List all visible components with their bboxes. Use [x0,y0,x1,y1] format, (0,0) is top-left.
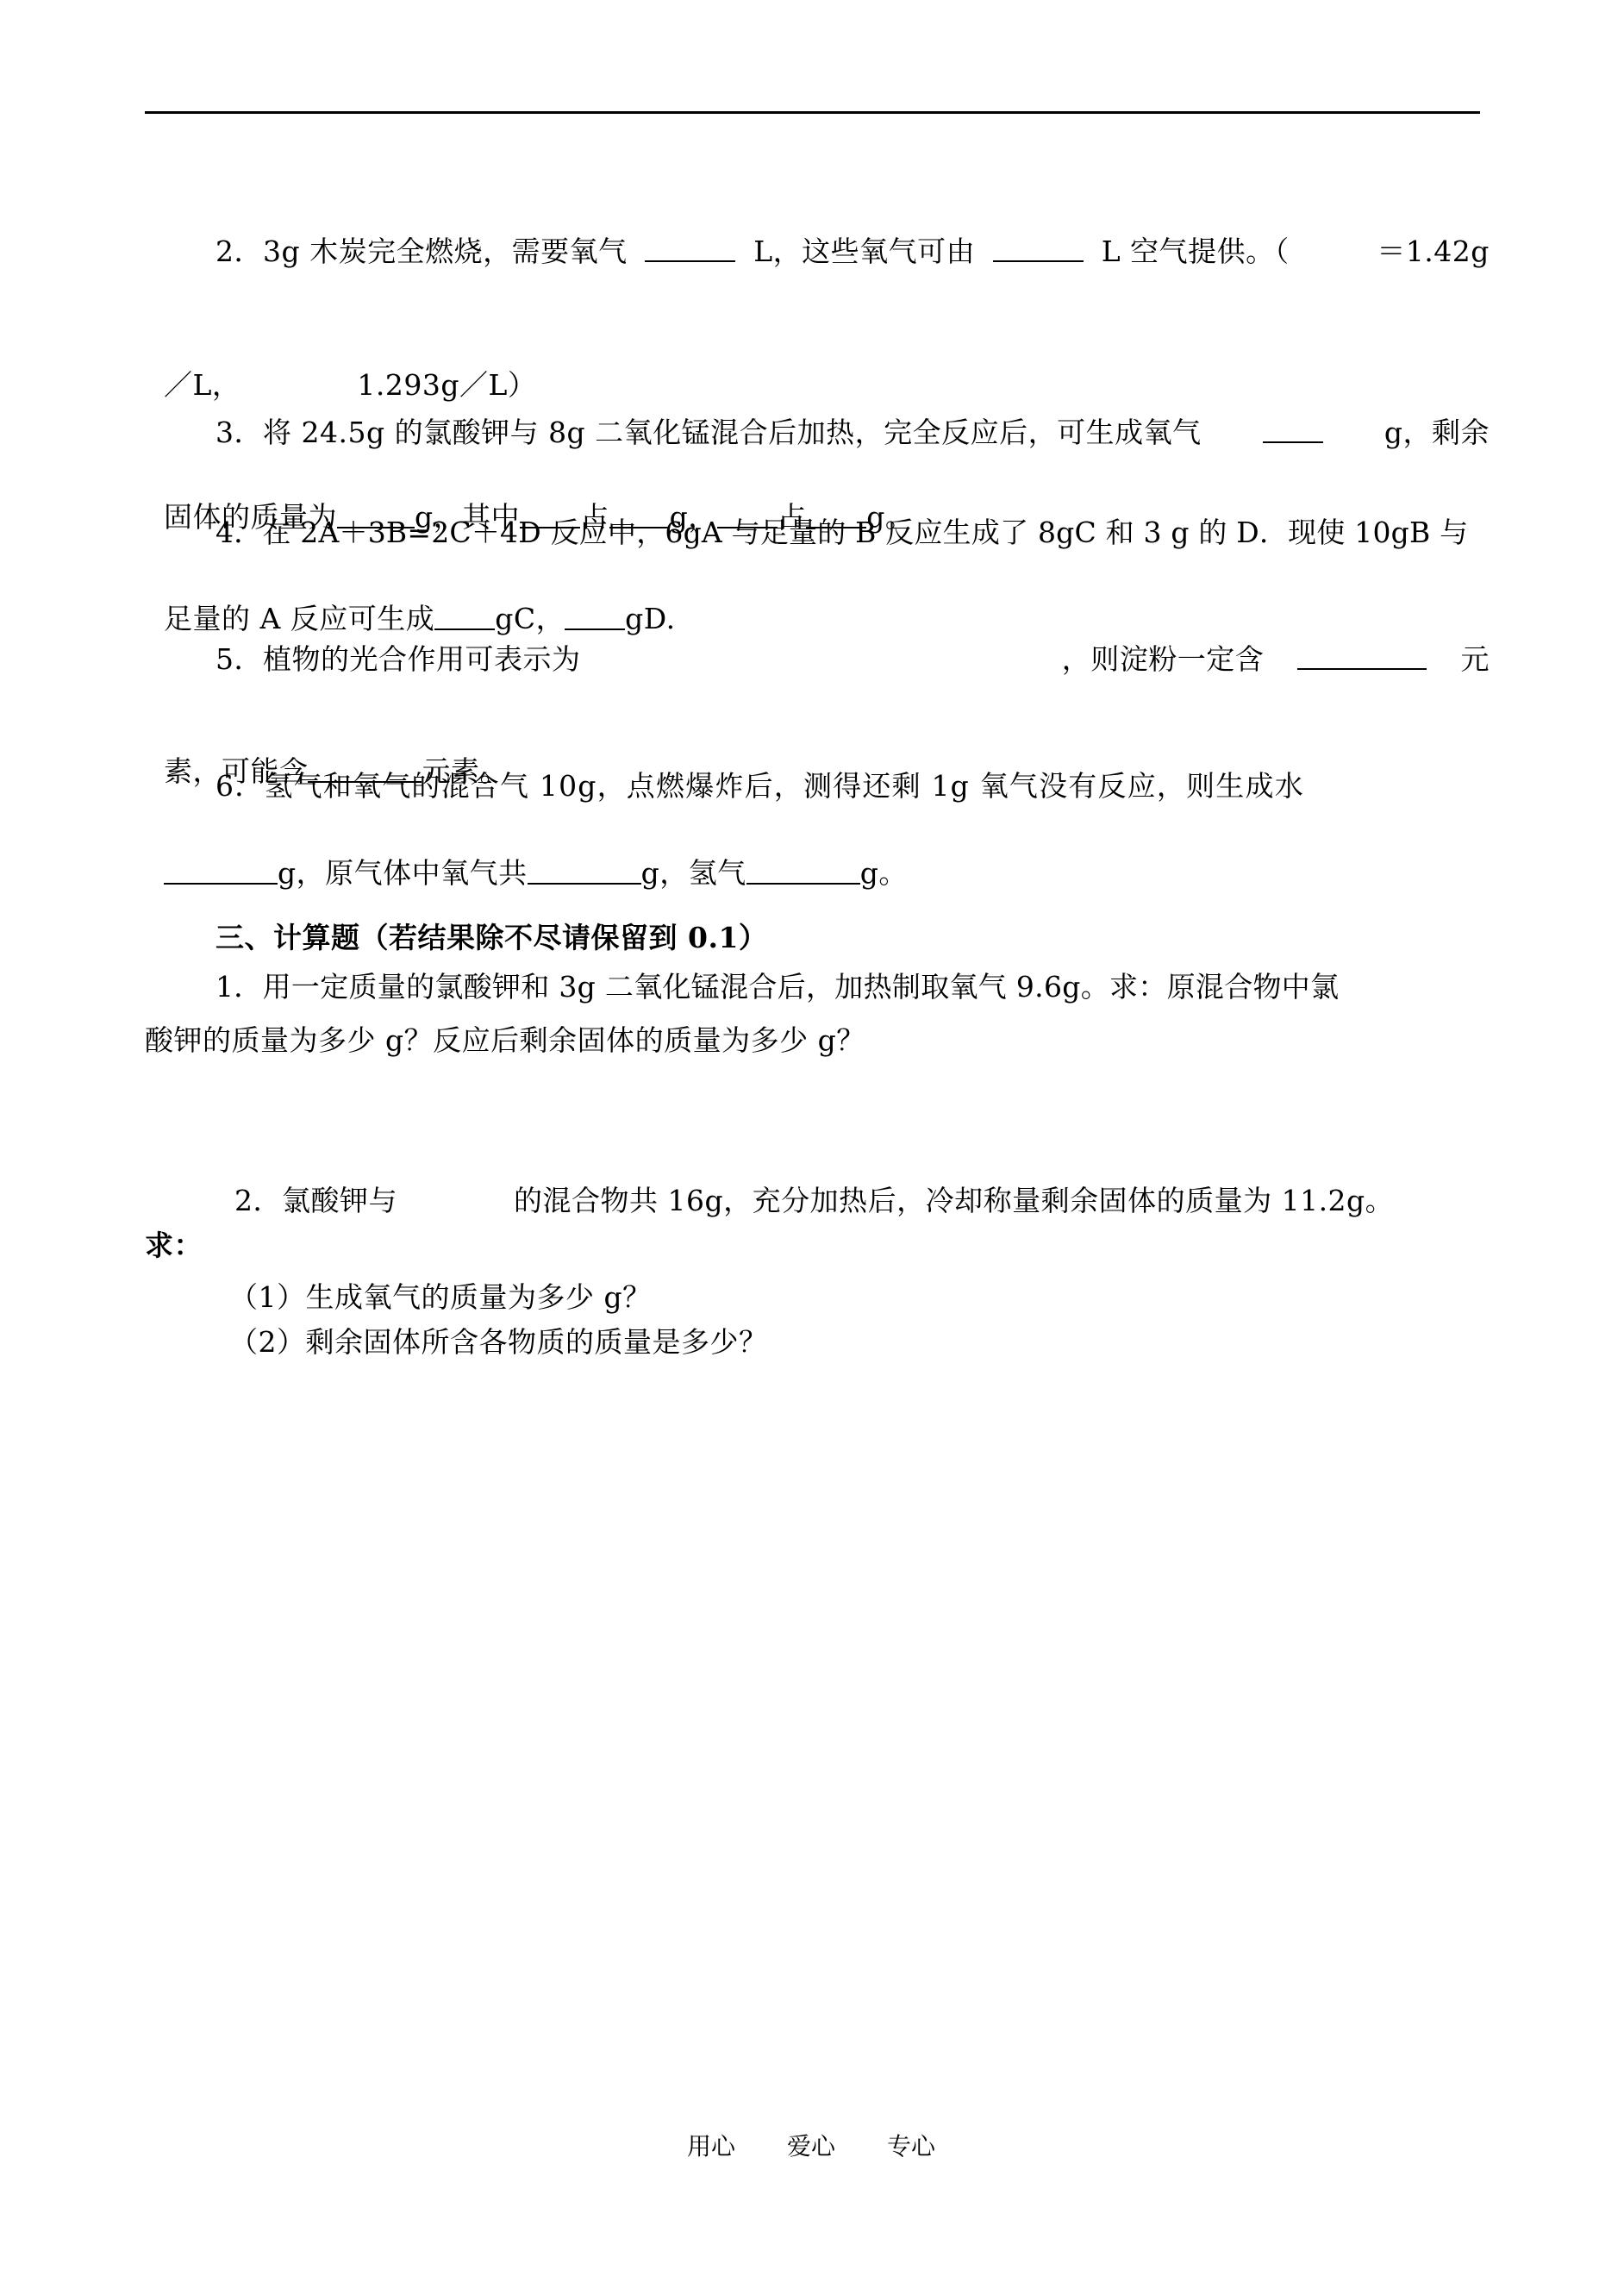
s3-q2-sub1: （1）生成氧气的质量为多少 g？ [229,1280,1574,1315]
q6-line1: 6．氢气和氧气的混合气 10g，点燃爆炸后，测得还剩 1g 氧气没有反应，则生成… [215,769,1560,804]
q6-line2-c: g。 [860,856,908,890]
q2-blank-air[interactable] [993,235,1084,262]
q6-line2-b: g，氢气 [641,856,746,890]
q2-text-c: L 空气提供。（ [1102,235,1290,269]
q5-text-a: 5．植物的光合作用可表示为 [215,642,581,677]
q2-formula-gap [1308,235,1359,269]
q3-text-b: g，剩余 [1384,416,1490,450]
q4-line1: 4．在 2A＋3B=2C＋4D 反应中，6gA 与足量的 B 反应生成了 8gC… [215,516,1560,550]
q2-line2-a: ／L， [164,368,240,402]
q2-blank-oxygen[interactable] [645,235,735,262]
q6-blank-oxygen[interactable] [528,857,641,885]
q4-blank-d[interactable] [565,603,625,630]
page-footer: 用心爱心专心 [687,2131,987,2162]
footer-item-2: 爱心 [787,2132,835,2161]
q4-blank-c[interactable] [434,603,495,630]
q2-text-b: L，这些氧气可由 [753,235,975,269]
q2-line2-b: 1.293g／L） [357,368,536,402]
q6-blank-hydrogen[interactable] [746,857,860,885]
q5-equation-gap [615,642,1028,677]
s3-q2-text-b: 的混合物共 16g，充分加热后，冷却称量剩余固体的质量为 11.2g。 [514,1184,1394,1217]
q3-text-a: 3．将 24.5g 的氯酸钾与 8g 二氧化锰混合后加热，完全反应后，可生成氧气 [215,416,1202,450]
s3-q1-line1: 1．用一定质量的氯酸钾和 3g 二氧化锰混合后，加热制取氧气 9.6g。求：原混… [215,970,1560,1004]
q3-line1: 3．将 24.5g 的氯酸钾与 8g 二氧化锰混合后加热，完全反应后，可生成氧气… [215,416,1490,450]
s3-q1-line2: 酸钾的质量为多少 g？反应后剩余固体的质量为多少 g？ [145,1023,1490,1058]
q2-text-a: 2．3g 木炭完全燃烧，需要氧气 [215,235,628,269]
footer-item-3: 专心 [887,2132,935,2161]
s3-q2-line1: 2．氯酸钾与的混合物共 16g，充分加热后，冷却称量剩余固体的质量为 11.2g… [215,1149,1560,1218]
q5-blank-must[interactable] [1297,642,1427,670]
q4-line2-a: 足量的 A 反应可生成 [164,602,434,635]
footer-item-1: 用心 [687,2132,735,2161]
q4-line2-b: gC， [495,602,565,635]
q6-line2: g，原气体中氧气共g，氢气g。 [145,822,1490,891]
s3-q2-sub2: （2）剩余固体所含各物质的质量是多少？ [229,1325,1574,1360]
q4-line2: 足量的 A 反应可生成gC，gD. [145,567,1490,636]
section3-heading: 三、计算题（若结果除不尽请保留到 0.1） [215,921,1560,955]
q2-line1: 2．3g 木炭完全燃烧，需要氧气 L，这些氧气可由 L 空气提供。（ ＝1.42… [215,235,1490,269]
q6-blank-water[interactable] [164,857,278,885]
q2-text-d: ＝1.42g [1377,235,1490,269]
q3-blank-oxygen[interactable] [1263,416,1323,443]
s3-q2-ask: 求： [145,1229,1490,1263]
q5-text-b: ，则淀粉一定含 [1062,642,1265,677]
q4-line2-c: gD. [625,602,675,635]
s3-q2-text-a: 2．氯酸钾与 [234,1184,397,1217]
q2-line2: ／L，1.293g／L） [145,334,1490,403]
q5-line1: 5．植物的光合作用可表示为 ，则淀粉一定含 元 [215,642,1490,677]
header-rule [145,111,1480,114]
q5-text-c: 元 [1461,642,1490,677]
q6-line2-a: g，原气体中氧气共 [278,856,528,890]
